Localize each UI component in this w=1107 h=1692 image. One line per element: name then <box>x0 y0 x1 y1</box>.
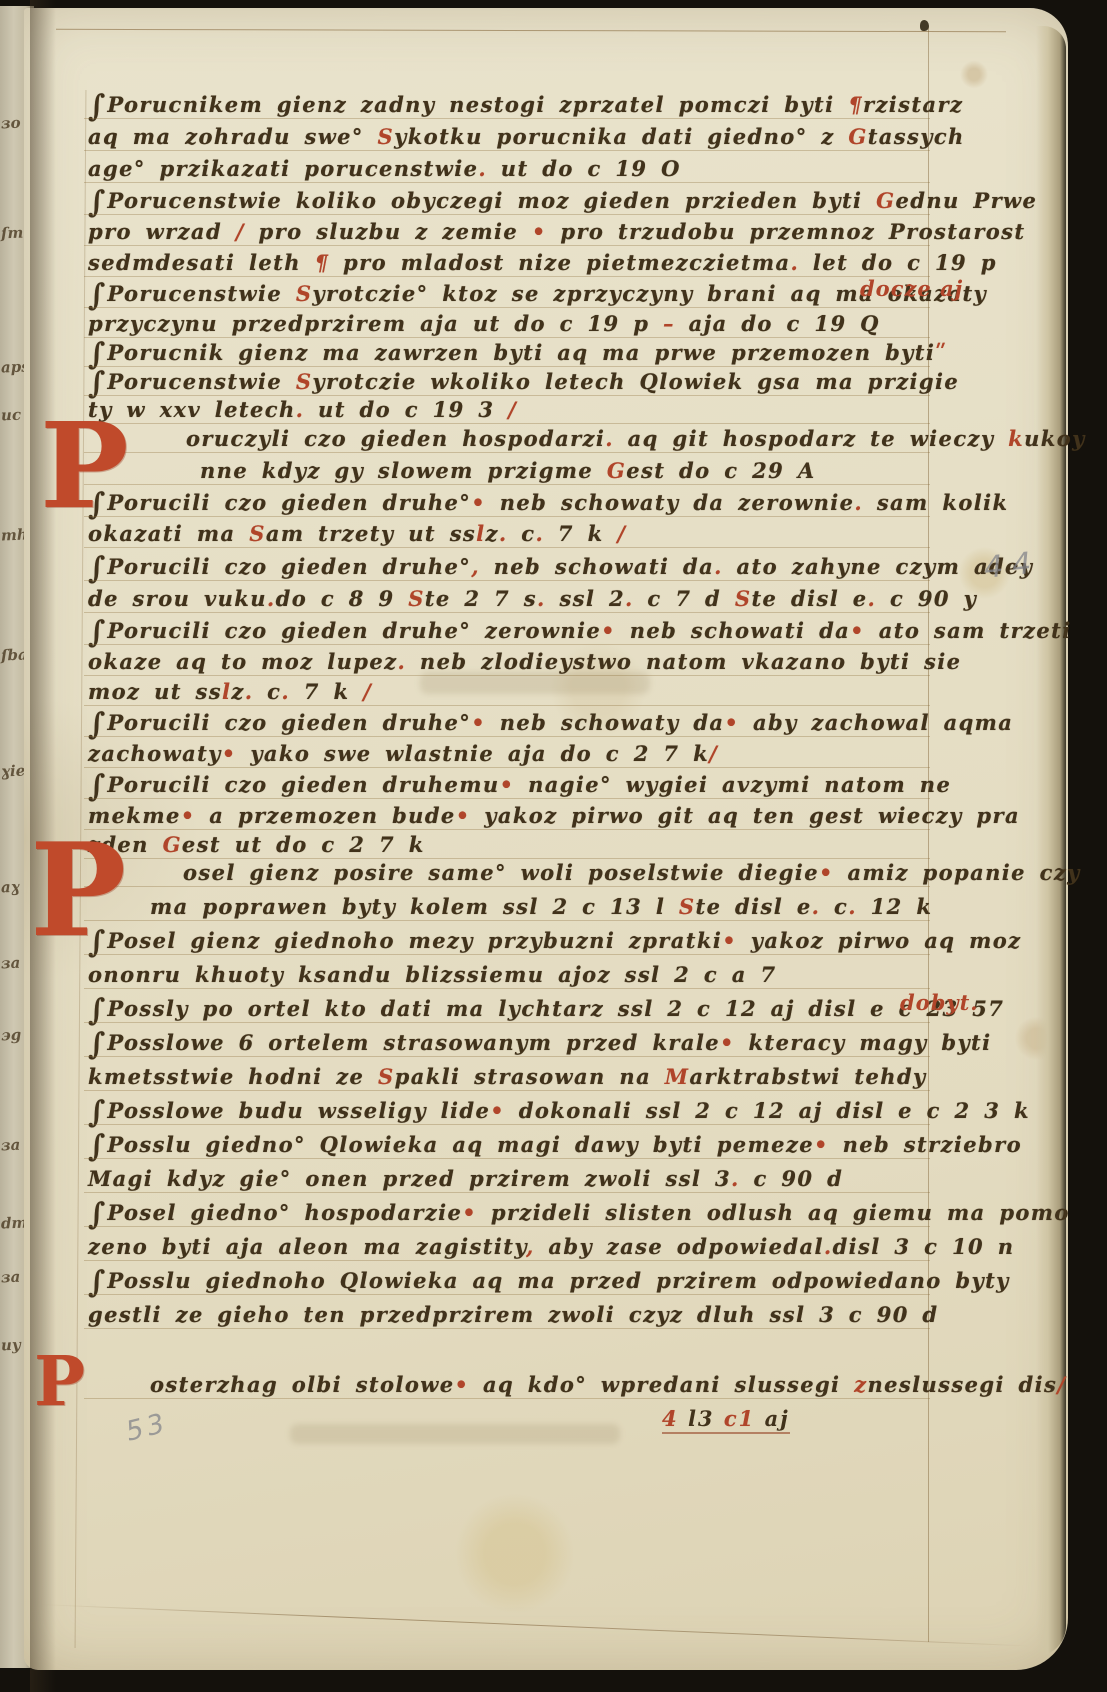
text-segment: gestli ze gieho ten przedprzirem zwoli c… <box>88 1302 939 1327</box>
text-segment: . <box>499 521 508 546</box>
manuscript-text-line: ∫Porucnik gienz ma zawrzen byti aq ma pr… <box>88 340 948 365</box>
ruled-line <box>84 644 930 645</box>
text-segment: 12 k <box>857 894 932 919</box>
text-segment: aj <box>765 1406 790 1431</box>
text-segment: . <box>868 586 877 611</box>
text-segment: aby zase odpowiedal <box>535 1234 824 1259</box>
manuscript-text-line: okazati ma Sam trzety ut sslz. c. 7 k / <box>88 521 626 546</box>
text-segment: S <box>679 894 696 919</box>
ruled-line <box>84 423 930 424</box>
text-segment: Posel gienz giednoho mezy przybuzni zpra… <box>107 928 722 953</box>
text-segment: l3 <box>688 1406 724 1431</box>
text-segment: c <box>253 679 281 704</box>
text-segment: • <box>471 710 486 735</box>
ruled-line <box>84 1090 930 1091</box>
ruled-line <box>84 705 930 706</box>
text-segment: kteracy magy byti <box>735 1030 992 1055</box>
manuscript-text-line: ∫Porucili czo gieden druhe°, neb schowat… <box>88 554 1033 579</box>
text-segment: • <box>490 1098 505 1123</box>
ruled-line <box>84 307 930 308</box>
ruled-line <box>84 547 930 548</box>
text-segment: aq ma zohradu swe° <box>88 124 378 149</box>
text-segment: te disl e <box>695 894 811 919</box>
text-segment: Porucili czo gieden druhe° <box>107 554 471 579</box>
text-segment: de srou vuku <box>88 586 267 611</box>
text-segment: Porucenstwie <box>107 369 295 394</box>
text-segment: sedmdesati leth <box>88 250 315 275</box>
ruled-line <box>84 675 930 676</box>
text-segment: , <box>526 1234 535 1259</box>
text-segment: • <box>471 490 486 515</box>
text-segment: . <box>824 1234 833 1259</box>
text-segment: . <box>812 894 821 919</box>
ruled-line <box>84 736 930 737</box>
text-segment: aq kdo° wpredani slussegi <box>469 1372 854 1397</box>
text-segment: aby zachowal aqma <box>739 710 1013 735</box>
text-segment: 7 k <box>290 679 363 704</box>
text-segment: osterzhag olbi stolowe <box>150 1372 454 1397</box>
text-segment: yrotczie wkoliko letech Qlowiek gsa ma p… <box>312 369 959 394</box>
text-segment: neb strziebro <box>829 1132 1022 1157</box>
text-segment: Possly po ortel kto dati ma lychtarz ssl… <box>107 996 1004 1021</box>
ruled-line <box>84 366 930 367</box>
text-segment: . <box>267 586 276 611</box>
manuscript-text-line: zeno byti aja aleon ma zagistity, aby za… <box>88 1234 1014 1259</box>
ruled-line <box>84 1294 930 1295</box>
text-segment: c 90 d <box>740 1166 843 1191</box>
text-segment: yakoz pirwo git aq ten gest wieczy pra <box>471 803 1020 828</box>
manuscript-text-line: ma poprawen byty kolem ssl 2 c 13 l Ste … <box>150 894 932 919</box>
text-segment: est ut do c 2 7 k <box>182 832 425 857</box>
text-segment: / <box>709 741 718 766</box>
text-segment: c 7 d <box>634 586 735 611</box>
manuscript-text-line: gestli ze gieho ten przedprzirem zwoli c… <box>88 1302 939 1327</box>
text-segment: neb schowati da <box>480 554 714 579</box>
text-segment: • <box>601 618 616 643</box>
text-segment: . <box>848 894 857 919</box>
text-segment: pro sluzbu z zemie <box>245 219 532 244</box>
text-segment: / <box>1057 1372 1066 1397</box>
text-segment: ednu Prwe <box>896 188 1038 213</box>
ruled-line <box>84 920 930 921</box>
text-segment: rzistarz <box>863 92 963 117</box>
text-segment: disl 3 c 10 n <box>833 1234 1015 1259</box>
ruled-line <box>84 954 930 955</box>
manuscript-text-line: osel gienz posire same° woli poselstwie … <box>183 860 1081 885</box>
text-segment: te disl e <box>751 586 867 611</box>
ruled-line <box>84 1158 930 1159</box>
text-segment: ukoy <box>1024 426 1086 451</box>
text-segment: przyczynu przedprzirem aja ut do c 19 p <box>88 311 649 336</box>
text-segment: neb schowaty da zerownie <box>486 490 854 515</box>
rubricated-initial: P <box>40 420 129 512</box>
text-segment: . <box>478 156 487 181</box>
ruled-line <box>84 245 930 246</box>
ruled-line <box>84 580 930 581</box>
manuscript-text-line: ∫Porucnikem gienz zadny nestogi zprzatel… <box>88 92 963 117</box>
ruled-line <box>84 118 930 119</box>
text-segment: . <box>714 554 723 579</box>
text-segment: aja do c 19 Q <box>689 311 880 336</box>
manuscript-text-line: ∫Porucili czo gieden druhe°• neb schowat… <box>88 490 1008 515</box>
text-segment: amiz popanie czy <box>834 860 1081 885</box>
text-segment: 4 <box>662 1406 688 1431</box>
text-segment: okaze aq to moz lupez <box>88 649 397 674</box>
text-segment: S <box>378 124 395 149</box>
text-segment: Magi kdyz gie° onen przed przirem zwoli … <box>88 1166 731 1191</box>
text-segment: • <box>724 710 739 735</box>
ruled-line <box>84 798 930 799</box>
text-segment: Porucnikem gienz zadny nestogi zprzatel <box>107 92 665 117</box>
text-segment: M <box>665 1064 690 1089</box>
text-segment: ut do c 19 3 <box>304 397 508 422</box>
manuscript-text-line: mekme• a przemozen bude• yakoz pirwo git… <box>88 803 1020 828</box>
manuscript-text-line: zden Gest ut do c 2 7 k <box>88 832 425 857</box>
catchword: 4 l3 c1 aj <box>662 1406 790 1434</box>
text-segment: . <box>535 521 544 546</box>
manuscript-text-line: zachowaty• yako swe wlastnie aja do c 2 … <box>88 741 718 766</box>
text-segment: • <box>819 860 834 885</box>
text-segment: – <box>649 311 688 336</box>
manuscript-text-line: ∫Porucenstwie Syrotczie wkoliko letech Q… <box>88 369 959 394</box>
rubricated-initial: P <box>30 842 126 942</box>
text-segment: Posslu giedno° Qlowieka aq magi dawy byt… <box>107 1132 814 1157</box>
text-segment: l <box>222 679 231 704</box>
text-segment: / <box>363 679 372 704</box>
manuscript-text-line: ∫Posel giedno° hospodarzie• przideli sli… <box>88 1200 1070 1225</box>
text-segment: let do c 19 p <box>799 250 997 275</box>
text-segment: ma poprawen byty kolem ssl 2 c 13 l <box>150 894 679 919</box>
text-segment: pakli strasowan na <box>395 1064 665 1089</box>
manuscript-text-line: ∫Posel gienz giednoho mezy przybuzni zpr… <box>88 928 1021 953</box>
text-segment: z <box>486 521 499 546</box>
text-segment: ato sam trzeti <box>865 618 1072 643</box>
ruled-line <box>84 516 930 517</box>
text-segment: arktrabstwi tehdy <box>689 1064 926 1089</box>
manuscript-text-line: ononru khuoty ksandu blizssiemu ajoz ssl… <box>88 962 777 987</box>
text-segment: • <box>181 803 196 828</box>
text-segment: S <box>378 1064 395 1089</box>
text-segment: ¶ <box>848 92 863 117</box>
text-segment: . <box>731 1166 740 1191</box>
text-segment: Porucili czo gieden druhemu <box>107 772 499 797</box>
text-segment: . <box>605 426 614 451</box>
text-segment: przideli slisten odlush aq giemu ma pomo <box>477 1200 1070 1225</box>
ruled-line <box>84 1124 930 1125</box>
text-segment: Porucili czo gieden druhe° zerownie <box>107 618 601 643</box>
ruled-line <box>84 1328 930 1329</box>
text-segment: a przemozen bude <box>196 803 456 828</box>
text-segment: • <box>532 219 547 244</box>
text-segment: nagie° wygiei avzymi natom ne <box>514 772 951 797</box>
text-segment: . <box>537 586 546 611</box>
ruled-line <box>84 1226 930 1227</box>
ruled-line <box>84 1398 930 1399</box>
text-segment: G <box>876 188 895 213</box>
text-segment: pro trzudobu przemnoz Prostarost <box>547 219 1026 244</box>
text-segment: G <box>848 124 867 149</box>
ruled-line <box>84 1056 930 1057</box>
text-segment: Porucili czo gieden druhe° <box>107 710 471 735</box>
ruled-line <box>84 767 930 768</box>
text-segment: ssl 2 <box>546 586 625 611</box>
ruled-line <box>84 276 930 277</box>
text-segment: c <box>508 521 536 546</box>
text-segment: S <box>296 369 313 394</box>
margin-note-rubric: dobyt. <box>900 990 979 1015</box>
text-segment: ʺ <box>935 340 947 365</box>
text-segment: • <box>720 1030 735 1055</box>
manuscript-text-line: ty w xxv letech. ut do c 19 3 / <box>88 397 517 422</box>
manuscript-text-line: ∫Possly po ortel kto dati ma lychtarz ss… <box>88 996 1004 1021</box>
manuscript-text-line: kmetsstwie hodni ze Spakli strasowan na … <box>88 1064 927 1089</box>
text-segment: . <box>854 490 863 515</box>
margin-note-rubric: docze aj <box>860 276 963 301</box>
text-segment: ¶ <box>315 250 330 275</box>
text-segment: • <box>722 928 737 953</box>
manuscript-text-line: pro wrzad / pro sluzbu z zemie • pro trz… <box>88 219 1026 244</box>
ruled-line <box>84 1192 930 1193</box>
text-segment: yakoz pirwo aq moz <box>737 928 1021 953</box>
text-segment: pro wrzad <box>88 219 236 244</box>
text-segment: • <box>456 803 471 828</box>
text-segment: z <box>231 679 244 704</box>
text-segment: am trzety ut ss <box>266 521 476 546</box>
text-segment: neb schowati da <box>616 618 850 643</box>
manuscript-text-line: ∫Porucili czo gieden druhe° zerownie• ne… <box>88 618 1072 643</box>
text-segment: . <box>281 679 290 704</box>
text-segment: pomczi byti <box>665 92 848 117</box>
text-segment: / <box>508 397 517 422</box>
manuscript-text-line: de srou vuku.do c 8 9 Ste 2 7 s. ssl 2. … <box>88 586 977 611</box>
manuscript-text-line: ∫Posslu giedno° Qlowieka aq magi dawy by… <box>88 1132 1022 1157</box>
manuscript-text-line: ∫Posslu giednoho Qlowieka aq ma przed pr… <box>88 1268 1010 1293</box>
text-segment: k <box>1008 426 1024 451</box>
text-segment: • <box>462 1200 477 1225</box>
manuscript-text-line: ∫Porucenstwie Syrotczie° ktoz se zprzycz… <box>88 281 987 306</box>
text-segment: S <box>249 521 266 546</box>
text-segment: S <box>296 281 313 306</box>
text-segment: 7 k <box>544 521 617 546</box>
ruled-line <box>84 395 930 396</box>
text-segment: te 2 7 s <box>425 586 537 611</box>
text-segment: yako swe wlastnie aja do c 2 7 k <box>237 741 709 766</box>
text-segment: Posslowe 6 ortelem strasowanym przed kra… <box>107 1030 720 1055</box>
text-segment: neb zlodieystwo natom vkazano byti sie <box>406 649 961 674</box>
manuscript-text-line: age° przikazati porucenstwie. ut do c 19… <box>88 156 681 181</box>
text-segment: z <box>854 1372 867 1397</box>
manuscript-text-line: okaze aq to moz lupez. neb zlodieystwo n… <box>88 649 961 674</box>
text-segment: / <box>236 219 245 244</box>
text-segment: pro mladost nize pietmezczietma <box>329 250 790 275</box>
text-segment: • <box>454 1372 469 1397</box>
manuscript-text-line: ∫Porucili czo gieden druhe°• neb schowat… <box>88 710 1013 735</box>
manuscript-text-line: osterzhag olbi stolowe• aq kdo° wpredani… <box>150 1372 1066 1397</box>
text-segment: Porucnik gienz ma zawrzen byti aq ma prw… <box>107 340 935 365</box>
ruled-line <box>84 988 930 989</box>
text-segment: oruczyli czo gieden hospodarzi <box>186 426 605 451</box>
text-segment: neb schowaty da <box>486 710 724 735</box>
text-segment: G <box>607 458 626 483</box>
ruled-line <box>84 484 930 485</box>
ruled-line <box>84 452 930 453</box>
manuscript-text-line: oruczyli czo gieden hospodarzi. aq git h… <box>186 426 1086 451</box>
text-segment: G <box>163 832 182 857</box>
text-segment: Porucenstwie koliko obyczegi moz gieden … <box>107 188 876 213</box>
text-segment: Posslu giednoho Qlowieka aq ma przed prz… <box>107 1268 1009 1293</box>
text-segment: S <box>735 586 752 611</box>
text-segment: nne kdyz gy slowem przigme <box>200 458 607 483</box>
text-segment: . <box>397 649 406 674</box>
text-segment: • <box>500 772 515 797</box>
folio-number-pencil: 44 <box>982 545 1042 586</box>
text-segment: Posslowe budu wsseligy lide <box>107 1098 490 1123</box>
text-segment: ononru khuoty ksandu blizssiemu ajoz ssl… <box>88 962 777 987</box>
text-segment: • <box>222 741 237 766</box>
text-segment: . <box>625 586 634 611</box>
text-segment: , <box>471 554 480 579</box>
text-segment: age° przikazati porucenstwie <box>88 156 478 181</box>
manuscript-text-line: moz ut sslz. c. 7 k / <box>88 679 372 704</box>
text-segment: zachowaty <box>88 741 222 766</box>
manuscript-text-line: przyczynu przedprzirem aja ut do c 19 p … <box>88 311 880 336</box>
ruled-line <box>84 858 930 859</box>
text-segment: giedno° z <box>694 124 849 149</box>
text-segment: • <box>850 618 865 643</box>
text-segment: osel gienz posire same° woli poselstwie … <box>183 860 819 885</box>
text-segment: S <box>408 586 425 611</box>
ruled-line <box>84 337 930 338</box>
text-segment: Posel giedno° hospodarzie <box>107 1200 462 1225</box>
manuscript-text-line: ∫Posslowe budu wsseligy lide• dokonali s… <box>88 1098 1030 1123</box>
text-segment: c <box>820 894 848 919</box>
ruled-line <box>84 182 930 183</box>
ruled-line <box>84 612 930 613</box>
rubricated-initial: P <box>34 1356 85 1409</box>
manuscript-text-line: nne kdyz gy slowem przigme Gest do c 29 … <box>200 458 816 483</box>
text-segment: tassych <box>868 124 965 149</box>
manuscript-text-line: ∫Posslowe 6 ortelem strasowanym przed kr… <box>88 1030 992 1055</box>
ruled-line <box>84 1022 930 1023</box>
ruled-line <box>84 829 930 830</box>
text-segment: sam kolik <box>863 490 1008 515</box>
ruled-line <box>84 1260 930 1261</box>
text-segment: aq git hospodarz te wieczy <box>614 426 1008 451</box>
text-segment: moz ut ss <box>88 679 222 704</box>
text-segment: c1 <box>724 1406 765 1431</box>
manuscript-text-line: aq ma zohradu swe° Sykotku porucnika dat… <box>88 124 965 149</box>
manuscript-text-line: sedmdesati leth ¶ pro mladost nize pietm… <box>88 250 997 275</box>
text-segment: dokonali ssl 2 c 12 aj disl e c 2 3 k <box>505 1098 1030 1123</box>
text-segment: kmetsstwie hodni ze <box>88 1064 378 1089</box>
text-segment: / <box>617 521 626 546</box>
text-segment: zeno byti aja aleon ma zagistity <box>88 1234 526 1259</box>
text-segment: Porucili czo gieden druhe° <box>107 490 471 515</box>
manuscript-text-line: ∫Porucili czo gieden druhemu• nagie° wyg… <box>88 772 951 797</box>
text-segment: • <box>814 1132 829 1157</box>
ruled-line <box>84 886 930 887</box>
ruled-line <box>84 150 930 151</box>
text-segment: neslussegi dis <box>867 1372 1057 1397</box>
text-segment: . <box>791 250 800 275</box>
text-segment: do c 8 9 <box>276 586 409 611</box>
text-segment: est do c 29 A <box>626 458 815 483</box>
text-segment: Porucenstwie <box>107 281 295 306</box>
ruled-line <box>84 214 930 215</box>
text-segment: c 90 y <box>876 586 977 611</box>
text-segment: l <box>476 521 485 546</box>
manuscript-text-line: ∫Porucenstwie koliko obyczegi moz gieden… <box>88 188 1037 213</box>
text-segment: ykotku porucnika dati <box>394 124 693 149</box>
text-segment: ut do c 19 O <box>487 156 681 181</box>
manuscript-text-line: Magi kdyz gie° onen przed przirem zwoli … <box>88 1166 843 1191</box>
